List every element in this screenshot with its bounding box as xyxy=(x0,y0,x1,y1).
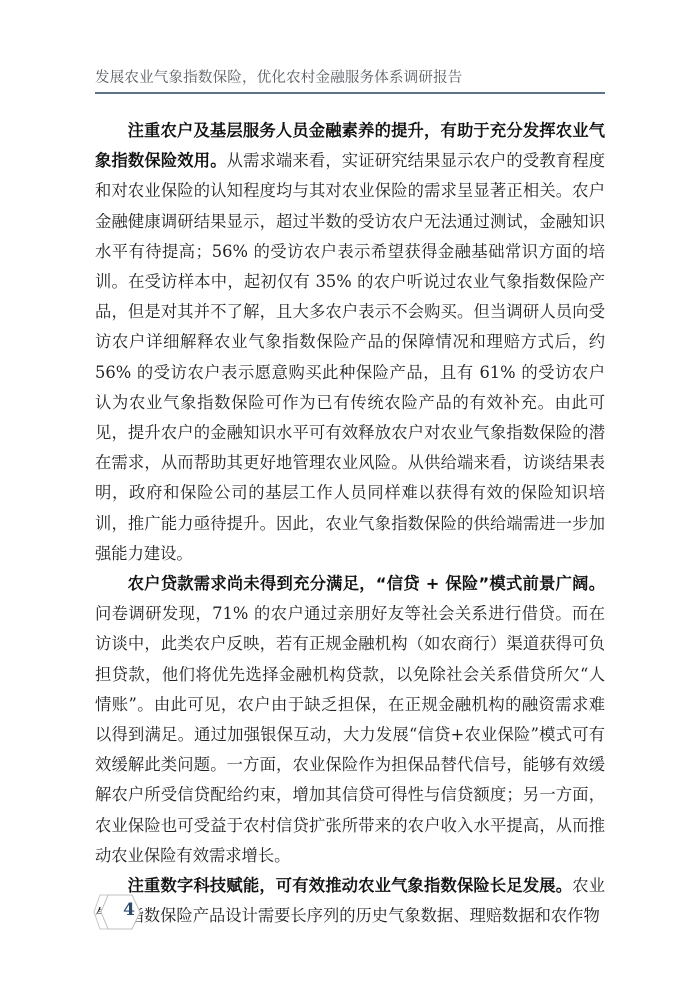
paragraph-digital-tech: 注重数字科技赋能，可有效推动农业气象指数保险长足发展。农业气象指数保险产品设计需… xyxy=(95,871,605,931)
paragraph-credit-insurance: 农户贷款需求尚未得到充分满足，“信贷 + 保险”模式前景广阔。问卷调研发现，71… xyxy=(95,569,605,871)
paragraph-text: 从需求端来看，实证研究结果显示农户的受教育程度和对农业保险的认知程度均与其对农业… xyxy=(95,151,605,563)
header-divider xyxy=(95,92,605,94)
body-text: 注重农户及基层服务人员金融素养的提升，有助于充分发挥农业气象指数保险效用。从需求… xyxy=(95,116,605,931)
paragraph-financial-literacy: 注重农户及基层服务人员金融素养的提升，有助于充分发挥农业气象指数保险效用。从需求… xyxy=(95,116,605,569)
page-number: 4 xyxy=(118,900,140,920)
document-page: 发展农业气象指数保险，优化农村金融服务体系调研报告 注重农户及基层服务人员金融素… xyxy=(0,0,699,982)
running-header-title: 发展农业气象指数保险，优化农村金融服务体系调研报告 xyxy=(95,68,605,88)
paragraph-text: 问卷调研发现，71% 的农户通过亲朋好友等社会关系进行借贷。而在访谈中，此类农户… xyxy=(95,604,605,865)
paragraph-lead: 注重数字科技赋能，可有效推动农业气象指数保险长足发展。 xyxy=(128,876,573,895)
page-number-badge: 4 xyxy=(92,892,152,932)
paragraph-lead: 农户贷款需求尚未得到充分满足，“信贷 + 保险”模式前景广阔。 xyxy=(128,574,605,593)
